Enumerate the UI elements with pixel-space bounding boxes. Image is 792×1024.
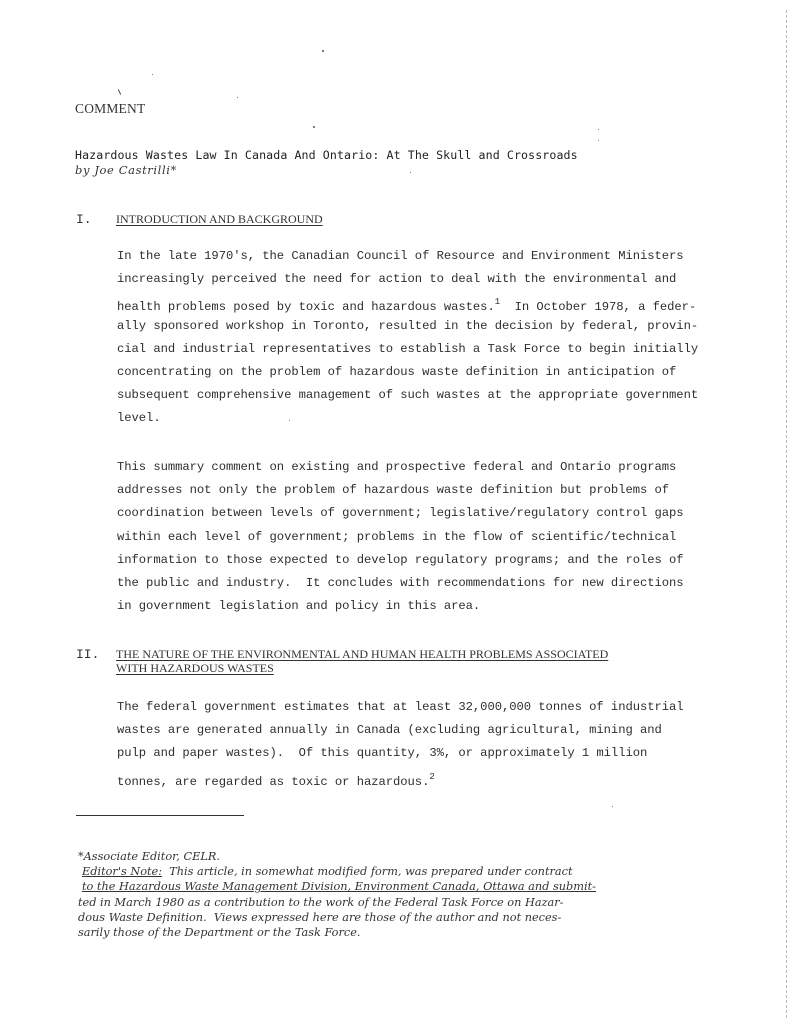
footnote-divider <box>76 815 244 816</box>
section-title-line: THE NATURE OF THE ENVIRONMENTAL AND HUMA… <box>116 647 608 661</box>
scan-speck <box>410 172 411 173</box>
text-line: to the Hazardous Waste Management Divisi… <box>78 879 768 894</box>
section-title-line: WITH HAZARDOUS WASTES <box>116 661 608 675</box>
section-number: II. <box>76 647 99 662</box>
scan-speck <box>322 50 324 52</box>
text-line: health problems posed by toxic and hazar… <box>117 291 757 314</box>
text-line: information to those expected to develop… <box>117 549 757 572</box>
text-segment: This article, in somewhat modified form,… <box>162 865 572 878</box>
text-segment: health problems posed by toxic and hazar… <box>117 300 495 314</box>
text-line: subsequent comprehensive management of s… <box>117 384 757 407</box>
scan-speck <box>598 140 599 141</box>
text-line: coordination between levels of governmen… <box>117 502 757 525</box>
text-line: This summary comment on existing and pro… <box>117 456 757 479</box>
footnote-editors-note: Editor's Note: This article, in somewhat… <box>78 864 768 879</box>
article-title: Hazardous Wastes Law In Canada And Ontar… <box>75 148 578 162</box>
section-number: I. <box>76 212 92 227</box>
scan-speck <box>237 97 238 98</box>
section-label: COMMENT <box>75 101 145 117</box>
text-line: concentrating on the problem of hazardou… <box>117 361 757 384</box>
text-segment: In October 1978, a feder- <box>500 300 696 314</box>
scan-speck <box>152 74 153 75</box>
footnote-ref[interactable]: 2 <box>429 772 434 782</box>
section-title: INTRODUCTION AND BACKGROUND <box>116 212 323 226</box>
text-line: cial and industrial representatives to e… <box>117 338 757 361</box>
text-line: in government legislation and policy in … <box>117 595 757 618</box>
text-line: pulp and paper wastes). Of this quantity… <box>117 742 757 765</box>
paragraph-intro-1: In the late 1970's, the Canadian Council… <box>117 245 757 431</box>
text-segment: tonnes, are regarded as toxic or hazardo… <box>117 775 429 789</box>
text-line: sarily those of the Department or the Ta… <box>78 925 768 940</box>
footnotes: *Associate Editor, CELR. Editor's Note: … <box>78 849 768 940</box>
scan-speck <box>313 126 315 128</box>
text-line: increasingly perceived the need for acti… <box>117 268 757 291</box>
text-line: within each level of government; problem… <box>117 526 757 549</box>
text-line: In the late 1970's, the Canadian Council… <box>117 245 757 268</box>
text-line: tonnes, are regarded as toxic or hazardo… <box>117 766 757 789</box>
text-line: addresses not only the problem of hazard… <box>117 479 757 502</box>
text-line: level. <box>117 407 757 430</box>
text-line: ted in March 1980 as a contribution to t… <box>78 895 768 910</box>
footnote-associate-editor: *Associate Editor, CELR. <box>78 849 768 864</box>
scan-speck <box>598 129 599 130</box>
text-segment: to the Hazardous Waste Management Divisi… <box>82 880 596 893</box>
editors-note-label: Editor's Note: <box>82 865 162 878</box>
scan-speck <box>118 89 121 95</box>
author-byline: by Joe Castrilli* <box>75 163 177 177</box>
text-line: wastes are generated annually in Canada … <box>117 719 757 742</box>
scan-speck <box>612 806 613 807</box>
text-line: ally sponsored workshop in Toronto, resu… <box>117 315 757 338</box>
paragraph-intro-2: This summary comment on existing and pro… <box>117 456 757 618</box>
text-line: dous Waste Definition. Views expressed h… <box>78 910 768 925</box>
text-line: The federal government estimates that at… <box>117 696 757 719</box>
text-line: the public and industry. It concludes wi… <box>117 572 757 595</box>
scan-edge <box>786 10 787 1020</box>
paragraph-nature-1: The federal government estimates that at… <box>117 696 757 789</box>
